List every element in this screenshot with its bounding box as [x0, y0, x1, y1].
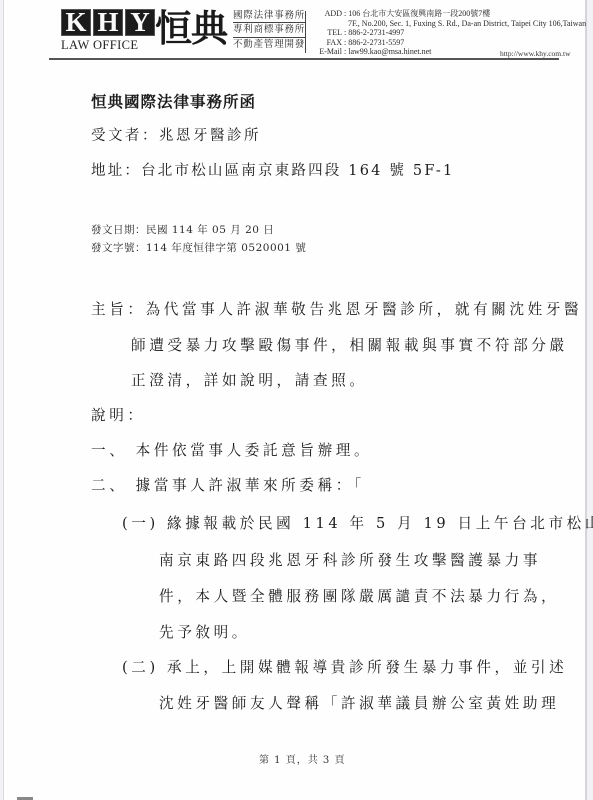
service-item: 不動產管理開發	[233, 38, 305, 51]
explanation-item: 二、 據當事人許淑華來所委稱：「	[91, 474, 365, 495]
page-indicator: 第 1 頁，共 3 頁	[259, 751, 345, 766]
khy-logo: K H Y	[61, 9, 157, 36]
subject-line: 師遭受暴力攻擊毆傷事件，相關報載與事實不符部分嚴	[131, 334, 568, 355]
document-page: K H Y LAW OFFICE 恒典 國際法律事務所 專利商標事務所 不動產管…	[3, 0, 587, 800]
sub-item-line: 先予敘明。	[159, 621, 250, 642]
service-item: 國際法律事務所	[233, 9, 305, 23]
address-value: 106 台北市大安區復興南路一段200號7樓	[348, 9, 490, 19]
recipient: 受文者：兆恩牙醫診所	[91, 124, 261, 145]
add-label: ADD	[310, 9, 344, 19]
logo-subtitle: LAW OFFICE	[61, 38, 138, 53]
issue-date: 發文日期：民國 114 年 05 月 20 日	[91, 222, 274, 237]
service-item: 專利商標事務所	[233, 23, 305, 37]
fax-label: FAX	[310, 38, 344, 48]
sub-item-line: 南京東路四段兆恩牙科診所發生攻擊醫護暴力事	[159, 549, 541, 570]
sub-item-line: 件，本人暨全體服務團隊嚴厲譴責不法暴力行為，	[159, 585, 559, 606]
letter-title: 恒典國際法律事務所函	[91, 90, 256, 112]
address-value-en: 7F., No.200, Sec. 1, Fuxing S. Rd., Da-a…	[348, 19, 586, 29]
services-list: 國際法律事務所 專利商標事務所 不動產管理開發	[233, 9, 305, 51]
issue-number: 發文字號：114 年度恒律字第 0520001 號	[91, 240, 306, 255]
subject-line: 正澄清，詳如說明，請查照。	[131, 369, 368, 390]
explanation-item: 一、 本件依當事人委託意旨辦理。	[91, 439, 372, 460]
email-label: E-Mail	[310, 47, 344, 57]
logo-letter: K	[61, 9, 91, 36]
sub-item-line: (一) 緣據報載於民國 114 年 5 月 19 日上午台北市松山區	[122, 512, 593, 533]
sub-item-line: 沈姓牙醫師友人聲稱「許淑華議員辦公室黃姓助理	[159, 692, 559, 713]
tel-value: 886-2-2731-4997	[348, 28, 404, 38]
tel-label: TEL	[310, 28, 344, 38]
firm-name-cn: 恒典	[155, 6, 227, 50]
sub-item-line: (二) 承上，上開媒體報導貴診所發生暴力事件，並引述	[122, 656, 567, 677]
subject-line: 主旨：為代當事人許淑華敬告兆恩牙醫診所，就有關沈姓牙醫	[91, 298, 582, 319]
recipient-address: 地址：台北市松山區南京東路四段 164 號 5F-1	[91, 159, 454, 180]
email-value: law99.kao@msa.hinet.net	[348, 47, 431, 57]
fax-value: 886-2-2731-5597	[348, 38, 404, 48]
website: http://www.khy.com.tw	[500, 49, 570, 58]
divider	[305, 11, 306, 53]
logo-letter: Y	[125, 9, 155, 36]
logo-letter: H	[93, 9, 123, 36]
letterhead-rule	[49, 58, 559, 60]
explanation-label: 說明：	[91, 404, 146, 425]
letterhead: K H Y LAW OFFICE 恒典 國際法律事務所 專利商標事務所 不動產管…	[4, 0, 585, 62]
